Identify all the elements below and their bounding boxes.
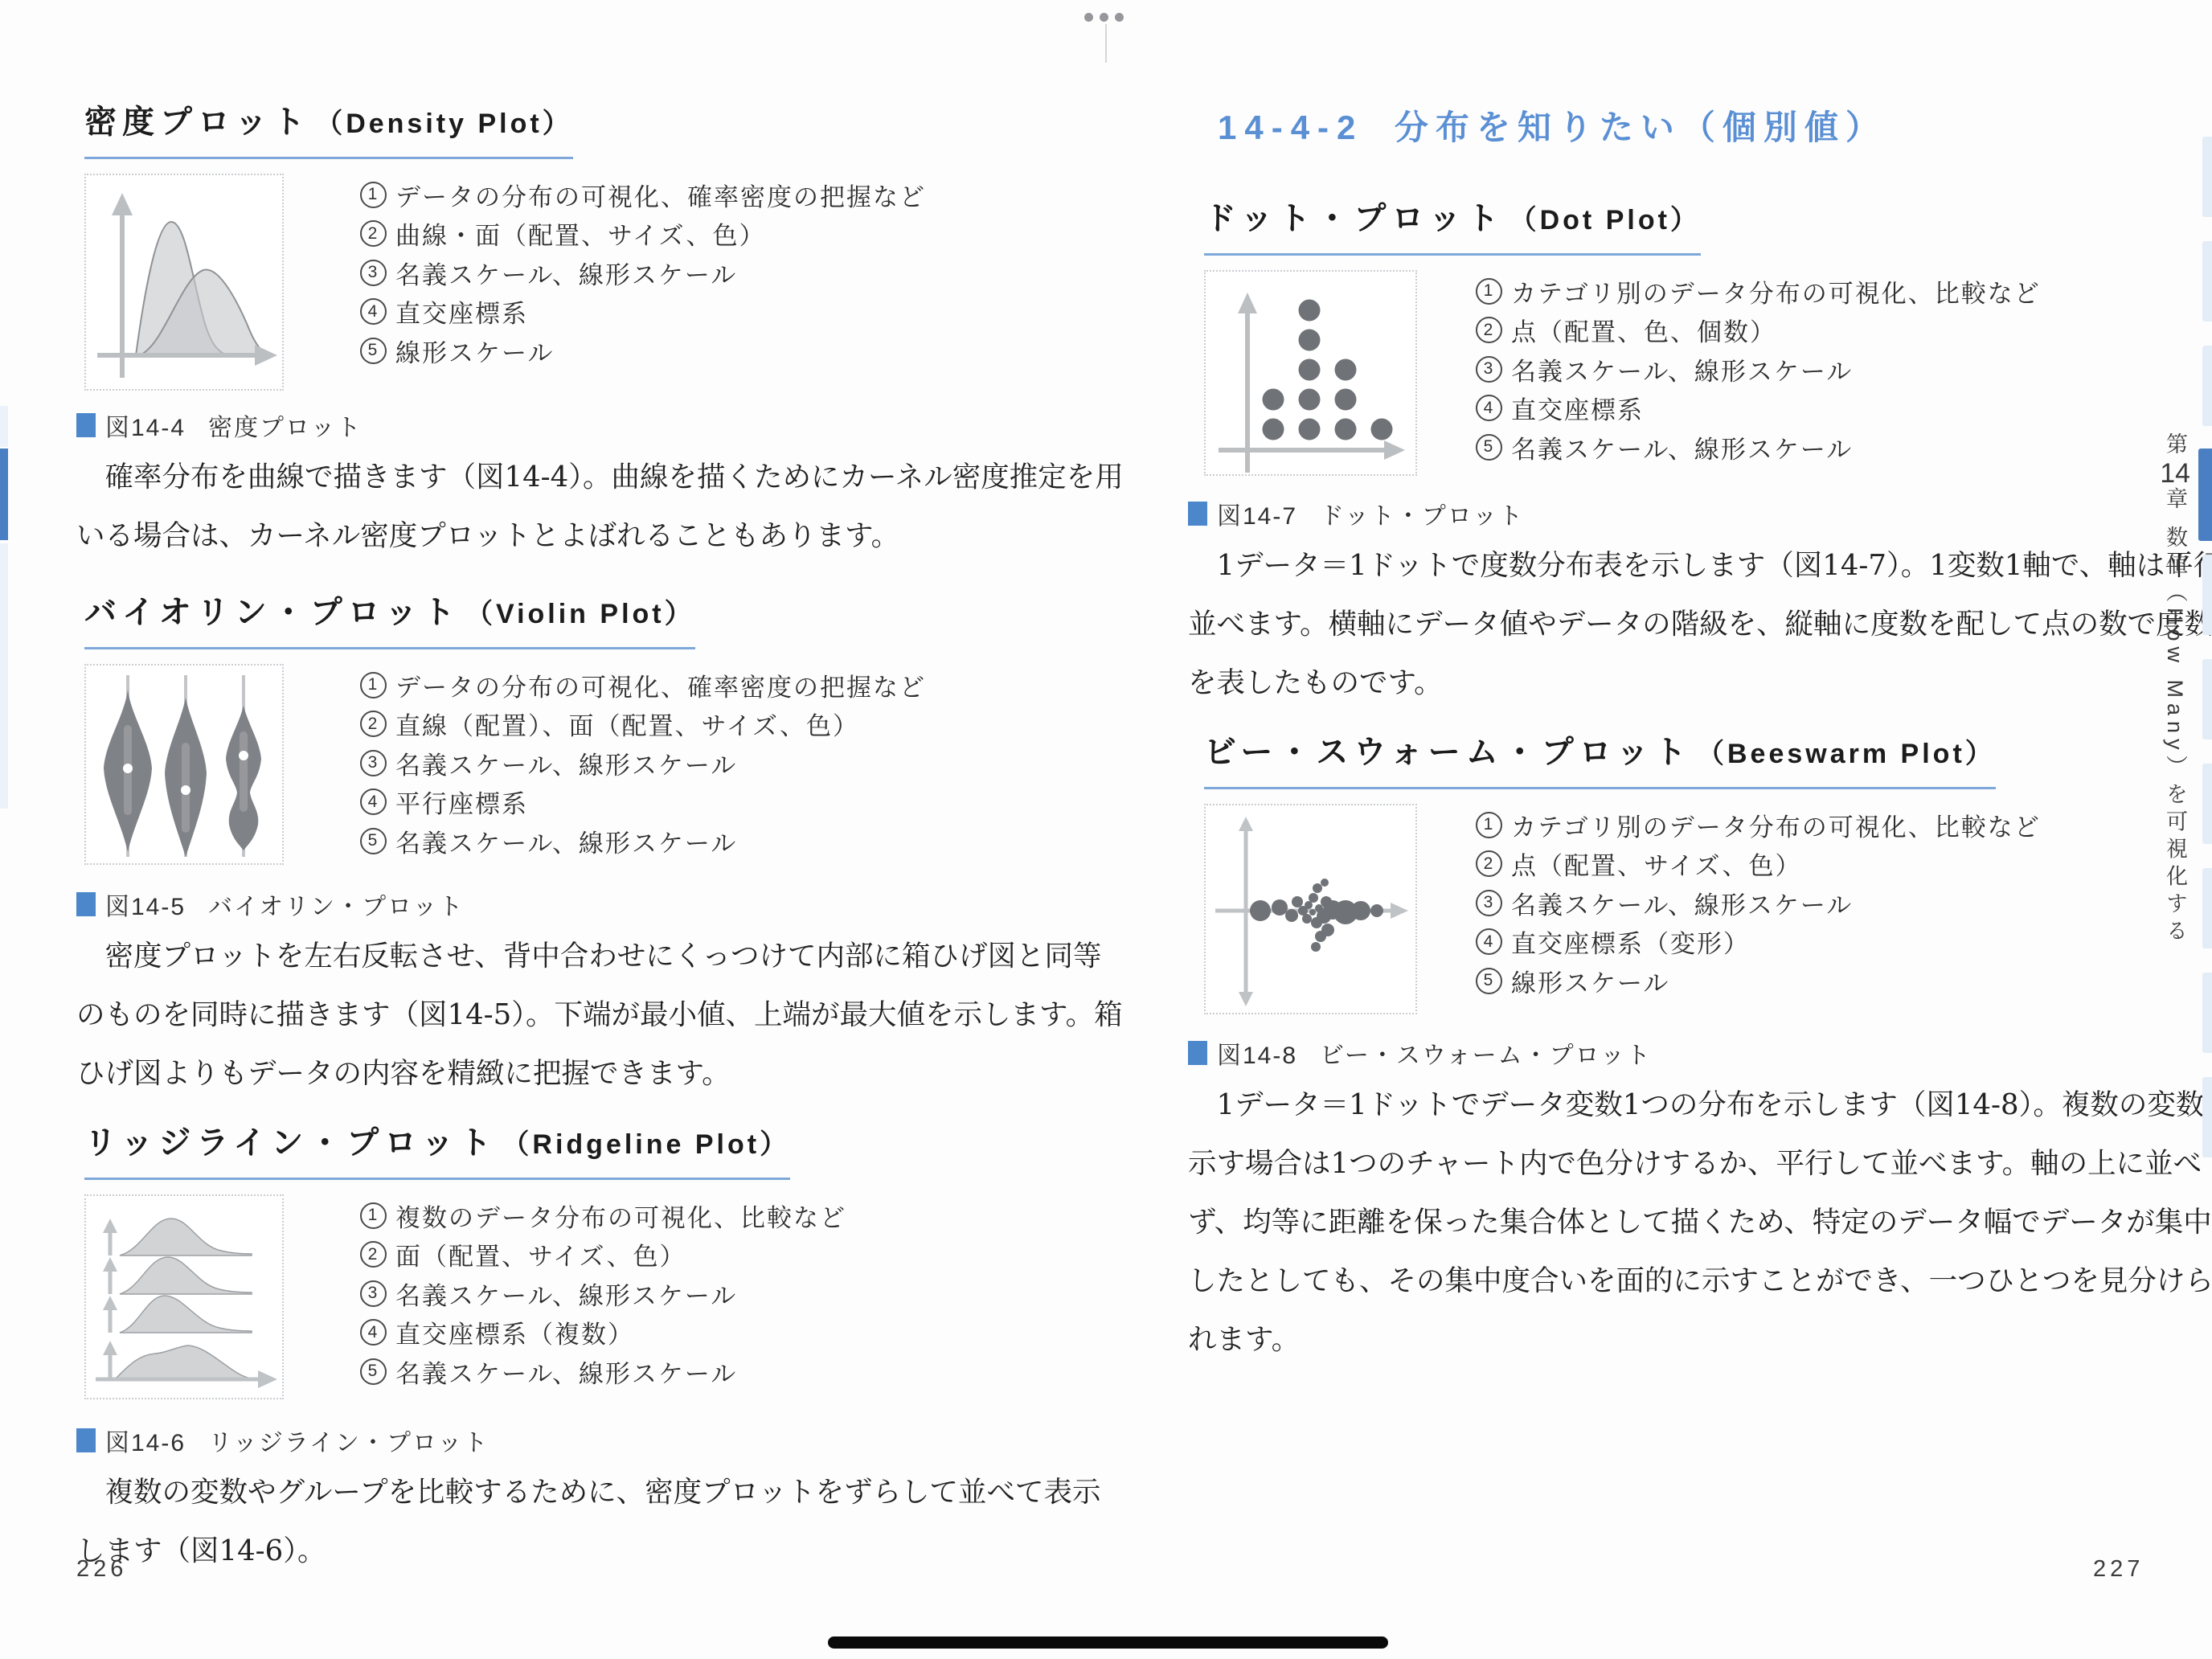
circled-number: 2 bbox=[1476, 850, 1502, 877]
feature-list: 1カテゴリ別のデータ分布の可視化、比較など 2点（配置、色、個数） 3名義スケー… bbox=[1476, 270, 2041, 476]
section-title-en: （Violin Plot） bbox=[465, 599, 695, 629]
chapter-tab bbox=[2202, 555, 2212, 635]
section-title-jp: ドット・プロット bbox=[1204, 201, 1505, 236]
chapter-number: 14 bbox=[2160, 460, 2190, 487]
page-number-right: 227 bbox=[2093, 1556, 2144, 1583]
figure-title: ビー・スウォーム・プロット bbox=[1320, 1035, 1652, 1071]
paragraph-line: 密度プロットを左右反転させ、背中合わせにくっつけて内部に箱ひげ図と同等 bbox=[76, 927, 1123, 985]
circled-number: 1 bbox=[1476, 278, 1502, 305]
list-item-text: 名義スケール、線形スケール bbox=[395, 745, 737, 781]
ridgeline-plot-illustration bbox=[86, 1196, 285, 1401]
list-item: 4平行座標系 bbox=[360, 783, 926, 822]
list-item-text: 名義スケール、線形スケール bbox=[395, 1354, 737, 1390]
circled-number: 5 bbox=[360, 338, 387, 364]
section-title-jp: 密度プロット bbox=[84, 104, 310, 140]
caption-square-icon bbox=[1188, 1041, 1207, 1065]
chapter-tab-left bbox=[0, 543, 8, 809]
list-item-text: 名義スケール、線形スケール bbox=[1511, 885, 1853, 921]
section-title-en: （Dot Plot） bbox=[1509, 205, 1701, 236]
chapter-tab bbox=[2202, 973, 2212, 1053]
circled-number: 5 bbox=[1476, 434, 1502, 461]
figure-label: 図14-4 bbox=[105, 408, 186, 443]
list-item-text: 点（配置、サイズ、色） bbox=[1511, 846, 1801, 882]
chapter-suffix: 章 bbox=[2163, 487, 2187, 514]
list-item: 1カテゴリ別のデータ分布の可視化、比較など bbox=[1476, 805, 2041, 845]
section-heading: ビー・スウォーム・プロット（Beeswarm Plot） bbox=[1204, 733, 1996, 789]
list-item: 3名義スケール、線形スケール bbox=[360, 253, 926, 293]
circled-number: 4 bbox=[360, 789, 387, 815]
list-item: 2曲線・面（配置、サイズ、色） bbox=[360, 215, 926, 254]
figure-title: バイオリン・プロット bbox=[208, 887, 465, 922]
list-item: 4直交座標系（変形） bbox=[1476, 923, 2041, 962]
list-item-text: 点（配置、色、個数） bbox=[1511, 312, 1776, 348]
chapter-tab bbox=[2202, 1077, 2212, 1157]
circled-number: 3 bbox=[360, 750, 387, 776]
dot-plot-illustration bbox=[1206, 272, 1419, 477]
list-item: 4直交座標系 bbox=[1476, 389, 2041, 428]
paragraph-line: を表したものです。 bbox=[1188, 653, 2212, 712]
density-plot-illustration bbox=[86, 175, 285, 392]
list-item: 2点（配置、サイズ、色） bbox=[1476, 845, 2041, 884]
list-item-text: 名義スケール、線形スケール bbox=[1511, 351, 1853, 387]
section-dot-plot: ドット・プロット（Dot Plot） 1カテゴリ別のデータ分布の可視化、比較など… bbox=[1204, 199, 2212, 712]
circled-number: 3 bbox=[1476, 890, 1502, 916]
section-title-en: （Density Plot） bbox=[315, 109, 572, 139]
list-item-text: 面（配置、サイズ、色） bbox=[395, 1236, 686, 1272]
book-reader-screen: 密度プロット（Density Plot） 1データの分布の可視化、確率密度の把握… bbox=[0, 0, 2212, 1659]
list-item-text: 直交座標系 bbox=[1511, 390, 1644, 426]
list-item: 3名義スケール、線形スケール bbox=[360, 1274, 846, 1313]
home-indicator[interactable] bbox=[828, 1636, 1388, 1649]
circled-number: 1 bbox=[360, 1202, 387, 1229]
circled-number: 4 bbox=[360, 298, 387, 325]
section-heading: 密度プロット（Density Plot） bbox=[84, 103, 573, 159]
list-item: 4直交座標系 bbox=[360, 293, 926, 332]
circled-number: 5 bbox=[1476, 968, 1502, 994]
list-item-text: 直線（配置）、面（配置、サイズ、色） bbox=[395, 706, 859, 742]
figure-box bbox=[1204, 270, 1417, 476]
list-item: 2点（配置、色、個数） bbox=[1476, 311, 2041, 350]
body-paragraph: 密度プロットを左右反転させ、背中合わせにくっつけて内部に箱ひげ図と同等 のものを… bbox=[76, 927, 1123, 1103]
circled-number: 3 bbox=[360, 1280, 387, 1307]
section-title-jp: ビー・スウォーム・プロット bbox=[1204, 735, 1692, 770]
vertical-chapter-label: 第14章数値（How Many）を可視化する bbox=[2159, 432, 2191, 979]
circled-number: 4 bbox=[360, 1319, 387, 1346]
list-item-text: 名義スケール、線形スケール bbox=[395, 1276, 737, 1312]
circled-number: 5 bbox=[360, 828, 387, 854]
list-item: 5名義スケール、線形スケール bbox=[360, 1352, 846, 1391]
paragraph-line: ひげ図よりもデータの内容を精緻に把握できます。 bbox=[76, 1044, 1123, 1103]
paragraph-line: 示す場合は1つのチャート内で色分けするか、平行して並べます。軸の上に並べ bbox=[1188, 1134, 2212, 1193]
figure-label: 図14-8 bbox=[1217, 1035, 1297, 1071]
figure-title: 密度プロット bbox=[208, 408, 362, 443]
section-violin-plot: バイオリン・プロット（Violin Plot） bbox=[84, 593, 1123, 1103]
circled-number: 4 bbox=[1476, 928, 1502, 955]
circled-number: 5 bbox=[360, 1358, 387, 1385]
subsection-number: 14-4-2 bbox=[1218, 109, 1363, 146]
circled-number: 1 bbox=[360, 672, 387, 698]
chapter-title: 数値（How Many）を可視化する bbox=[2163, 526, 2187, 947]
paragraph-line: します（図14-6）。 bbox=[76, 1522, 1100, 1580]
figure-box bbox=[1204, 804, 1417, 1014]
paragraph-line: 1データ＝1ドットで度数分布表を示します（図14-7）。1変数1軸で、軸は平行に bbox=[1188, 536, 2212, 595]
list-item-text: 名義スケール、線形スケール bbox=[395, 823, 737, 859]
caption-square-icon bbox=[76, 413, 96, 437]
circled-number: 3 bbox=[1476, 356, 1502, 383]
page-number-left: 226 bbox=[76, 1556, 127, 1583]
chapter-tab-left bbox=[0, 406, 8, 447]
list-item: 2直線（配置）、面（配置、サイズ、色） bbox=[360, 705, 926, 744]
feature-list: 1データの分布の可視化、確率密度の把握など 2直線（配置）、面（配置、サイズ、色… bbox=[360, 664, 926, 865]
list-item-text: データの分布の可視化、確率密度の把握など bbox=[395, 177, 926, 213]
section-title-en: （Ridgeline Plot） bbox=[502, 1129, 790, 1160]
circled-number: 2 bbox=[360, 220, 387, 247]
figure-box bbox=[84, 664, 284, 865]
list-item-text: 直交座標系（変形） bbox=[1511, 924, 1750, 960]
figure-caption: 図14-5 バイオリン・プロット bbox=[76, 890, 1123, 919]
section-density-plot: 密度プロット（Density Plot） 1データの分布の可視化、確率密度の把握… bbox=[84, 103, 1124, 565]
body-paragraph: 確率分布を曲線で描きます（図14-4）。曲線を描くためにカーネル密度推定を用 い… bbox=[76, 448, 1124, 565]
paragraph-line: れます。 bbox=[1188, 1310, 2212, 1369]
paragraph-line: 1データ＝1ドットでデータ変数1つの分布を示します（図14-8）。複数の変数を bbox=[1188, 1075, 2212, 1134]
list-item: 4直交座標系（複数） bbox=[360, 1313, 846, 1353]
list-item: 1複数のデータ分布の可視化、比較など bbox=[360, 1196, 846, 1235]
paragraph-line: 並べます。横軸にデータ値やデータの階級を、縦軸に度数を配して点の数で度数 bbox=[1188, 595, 2212, 653]
subsection-title: 分布を知りたい（個別値） bbox=[1395, 109, 1886, 146]
figure-caption: 図14-8 ビー・スウォーム・プロット bbox=[1188, 1038, 2212, 1067]
paragraph-line: のものを同時に描きます（図14-5）。下端が最小値、上端が最大値を示します。箱 bbox=[76, 985, 1123, 1044]
figure-box bbox=[84, 1194, 284, 1399]
list-item: 5線形スケール bbox=[1476, 961, 2041, 1001]
list-item-text: 直交座標系 bbox=[395, 293, 528, 330]
chapter-tab bbox=[2202, 346, 2212, 426]
figure-title: リッジライン・プロット bbox=[208, 1423, 489, 1458]
circled-number: 1 bbox=[360, 182, 387, 208]
chapter-tab-left-active bbox=[0, 449, 8, 540]
feature-list: 1複数のデータ分布の可視化、比較など 2面（配置、サイズ、色） 3名義スケール、… bbox=[360, 1194, 846, 1399]
caption-square-icon bbox=[76, 1428, 96, 1452]
body-paragraph: 1データ＝1ドットで度数分布表を示します（図14-7）。1変数1軸で、軸は平行に… bbox=[1188, 536, 2212, 712]
list-item-text: データの分布の可視化、確率密度の把握など bbox=[395, 667, 926, 703]
circled-number: 2 bbox=[1476, 317, 1502, 343]
chapter-tab bbox=[2202, 241, 2212, 322]
paragraph-line: ず、均等に距離を保った集合体として描くため、特定のデータ幅でデータが集中 bbox=[1188, 1193, 2212, 1251]
caption-square-icon bbox=[76, 892, 96, 916]
section-ridgeline-plot: リッジライン・プロット（Ridgeline Plot） bbox=[84, 1124, 1100, 1580]
circled-number: 1 bbox=[1476, 812, 1502, 838]
chapter-tab-active bbox=[2198, 449, 2212, 541]
body-paragraph: 1データ＝1ドットでデータ変数1つの分布を示します（図14-8）。複数の変数を … bbox=[1188, 1075, 2212, 1369]
figure-label: 図14-7 bbox=[1217, 496, 1297, 531]
circled-number: 2 bbox=[360, 1241, 387, 1268]
paragraph-line: 複数の変数やグループを比較するために、密度プロットをずらして並べて表示 bbox=[76, 1463, 1100, 1522]
chapter-tab bbox=[2202, 764, 2212, 844]
circled-number: 3 bbox=[360, 260, 387, 286]
figure-caption: 図14-7 ドット・プロット bbox=[1188, 499, 2212, 528]
section-title-jp: リッジライン・プロット bbox=[84, 1125, 497, 1161]
chapter-prefix: 第 bbox=[2163, 432, 2187, 460]
figure-caption: 図14-4 密度プロット bbox=[76, 411, 1124, 440]
section-heading: バイオリン・プロット（Violin Plot） bbox=[84, 593, 695, 649]
list-item-text: 線形スケール bbox=[395, 333, 554, 369]
list-item-text: カテゴリ別のデータ分布の可視化、比較など bbox=[1511, 273, 2041, 309]
chapter-tab bbox=[2202, 137, 2212, 217]
list-item: 5線形スケール bbox=[360, 331, 926, 371]
list-item: 1データの分布の可視化、確率密度の把握など bbox=[360, 175, 926, 215]
circled-number: 2 bbox=[360, 711, 387, 737]
multitask-handle-icon[interactable] bbox=[1084, 13, 1124, 22]
section-heading: リッジライン・プロット（Ridgeline Plot） bbox=[84, 1124, 790, 1180]
paragraph-line: いる場合は、カーネル密度プロットとよばれることもあります。 bbox=[76, 506, 1124, 565]
figure-caption: 図14-6 リッジライン・プロット bbox=[76, 1426, 1100, 1455]
violin-plot-illustration bbox=[86, 666, 285, 866]
section-title-en: （Beeswarm Plot） bbox=[1697, 739, 1996, 769]
feature-list: 1データの分布の可視化、確率密度の把握など 2曲線・面（配置、サイズ、色） 3名… bbox=[360, 174, 926, 391]
list-item: 1データの分布の可視化、確率密度の把握など bbox=[360, 666, 926, 705]
figure-box bbox=[84, 174, 284, 391]
list-item-text: 複数のデータ分布の可視化、比較など bbox=[395, 1198, 846, 1234]
section-title-jp: バイオリン・プロット bbox=[84, 595, 461, 630]
body-paragraph: 複数の変数やグループを比較するために、密度プロットをずらして並べて表示 します（… bbox=[76, 1463, 1100, 1580]
figure-title: ドット・プロット bbox=[1320, 496, 1524, 531]
list-item: 3名義スケール、線形スケール bbox=[1476, 350, 2041, 389]
paragraph-line: したとしても、その集中度合いを面的に示すことができ、一つひとつを見分けら bbox=[1188, 1251, 2212, 1310]
list-item-text: 名義スケール、線形スケール bbox=[395, 255, 737, 291]
list-item-text: 直交座標系（複数） bbox=[395, 1314, 634, 1350]
subsection-header: 14-4-2 分布を知りたい（個別値） bbox=[1218, 101, 1886, 150]
paragraph-line: 確率分布を曲線で描きます（図14-4）。曲線を描くためにカーネル密度推定を用 bbox=[76, 448, 1124, 506]
beeswarm-plot-illustration bbox=[1206, 805, 1419, 1016]
list-item: 3名義スケール、線形スケール bbox=[360, 743, 926, 783]
list-item: 3名義スケール、線形スケール bbox=[1476, 883, 2041, 923]
list-item-text: カテゴリ別のデータ分布の可視化、比較など bbox=[1511, 807, 2041, 843]
list-item: 5名義スケール、線形スケール bbox=[360, 821, 926, 861]
circled-number: 4 bbox=[1476, 395, 1502, 421]
feature-list: 1カテゴリ別のデータ分布の可視化、比較など 2点（配置、サイズ、色） 3名義スケ… bbox=[1476, 804, 2041, 1014]
figure-label: 図14-6 bbox=[105, 1423, 186, 1458]
list-item: 1カテゴリ別のデータ分布の可視化、比較など bbox=[1476, 272, 2041, 311]
chapter-tab bbox=[2202, 659, 2212, 739]
caption-square-icon bbox=[1188, 502, 1207, 526]
chapter-tab bbox=[2202, 868, 2212, 948]
list-item-text: 平行座標系 bbox=[395, 784, 528, 820]
list-item-text: 線形スケール bbox=[1511, 963, 1669, 999]
list-item-text: 曲線・面（配置、サイズ、色） bbox=[395, 215, 765, 252]
list-item-text: 名義スケール、線形スケール bbox=[1511, 429, 1853, 465]
list-item: 2面（配置、サイズ、色） bbox=[360, 1235, 846, 1275]
figure-label: 図14-5 bbox=[105, 887, 186, 922]
list-item: 5名義スケール、線形スケール bbox=[1476, 428, 2041, 467]
section-heading: ドット・プロット（Dot Plot） bbox=[1204, 199, 1701, 256]
section-beeswarm-plot: ビー・スウォーム・プロット（Beeswarm Plot） bbox=[1204, 733, 2212, 1369]
page-gutter-line bbox=[1105, 24, 1107, 63]
